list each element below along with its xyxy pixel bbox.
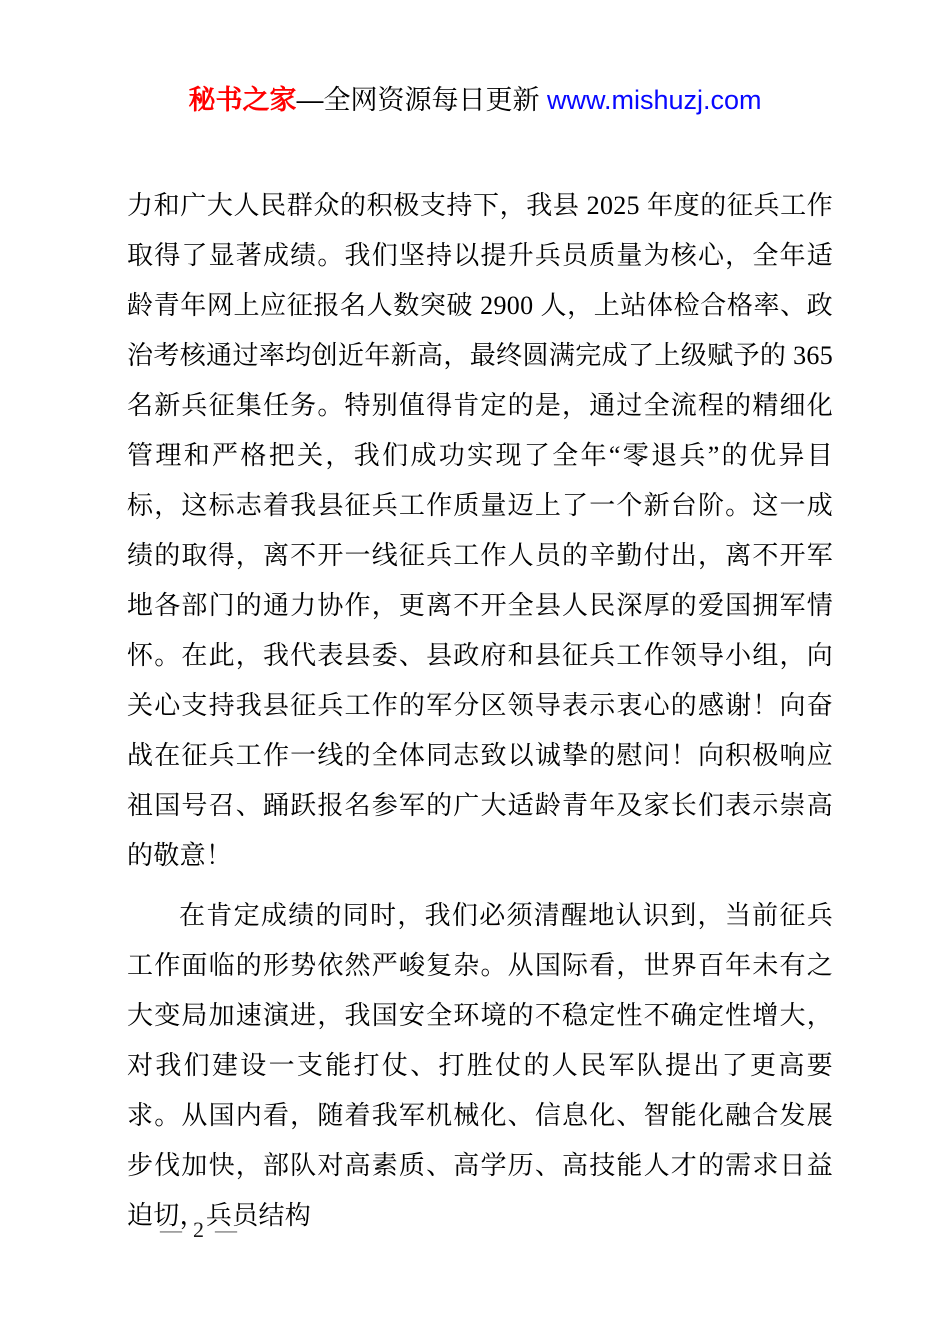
document-body: 力和广大人民群众的积极支持下，我县 2025 年度的征兵工作取得了显著成绩。我们… bbox=[127, 181, 833, 1241]
page-number-footer: —2— bbox=[160, 1216, 237, 1244]
document-page: 秘书之家—全网资源每日更新 www.mishuzj.com 力和广大人民群众的积… bbox=[0, 0, 950, 1344]
page-number-right-dash: — bbox=[215, 1217, 237, 1242]
page-header: 秘书之家—全网资源每日更新 www.mishuzj.com bbox=[0, 82, 950, 118]
brand-logo-text: 秘书之家 bbox=[188, 85, 296, 115]
header-url-link[interactable]: www.mishuzj.com bbox=[547, 85, 762, 115]
page-number: 2 bbox=[193, 1217, 204, 1242]
header-tagline: —全网资源每日更新 bbox=[296, 85, 547, 115]
page-number-left-dash: — bbox=[160, 1217, 182, 1242]
paragraph-situation-analysis: 在肯定成绩的同时，我们必须清醒地认识到，当前征兵工作面临的形势依然严峻复杂。从国… bbox=[127, 891, 833, 1241]
paragraph-continuation: 力和广大人民群众的积极支持下，我县 2025 年度的征兵工作取得了显著成绩。我们… bbox=[127, 181, 833, 881]
